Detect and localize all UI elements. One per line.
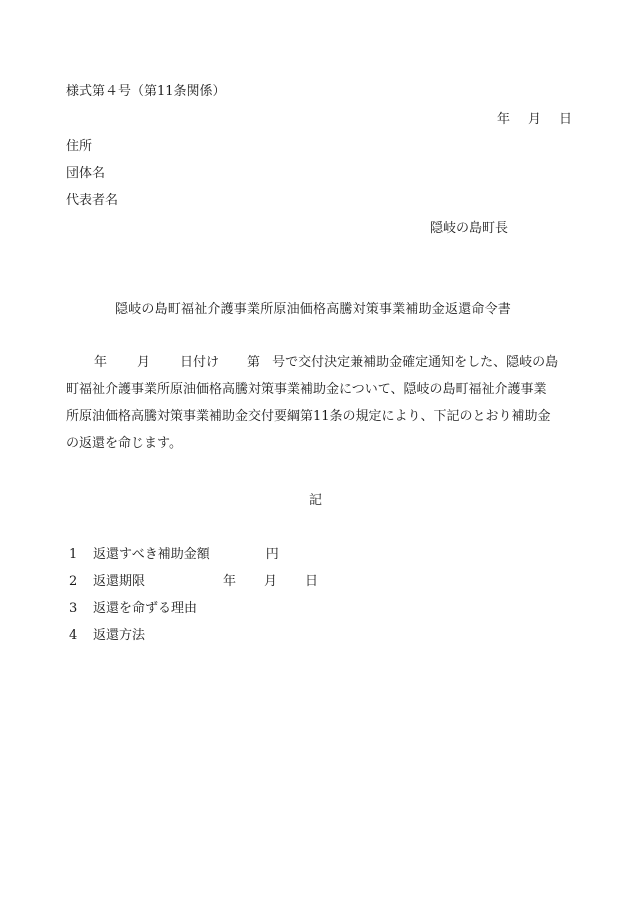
date-month: 月 bbox=[528, 112, 541, 128]
item-label: 返還方法 bbox=[93, 628, 145, 643]
body-line-3: 所原油価格高騰対策事業補助金交付要綱第11条の規定により、下記のとおり補助金 bbox=[66, 409, 566, 436]
sender-name: 隠岐の島町長 bbox=[430, 221, 508, 237]
item-year: 年 bbox=[223, 574, 236, 589]
list-item: 4返還方法 bbox=[69, 628, 145, 644]
form-number: 様式第４号（第11条関係） bbox=[66, 84, 226, 100]
body-paragraph: 年月日付け第号で交付決定兼補助金確定通知をした、隠岐の島 町福祉介護事業所原油価… bbox=[66, 355, 566, 463]
item-number: 2 bbox=[69, 574, 93, 590]
item-number: 4 bbox=[69, 628, 93, 644]
item-number: 3 bbox=[69, 601, 93, 617]
document-title: 隠岐の島町福祉介護事業所原油価格高騰対策事業補助金返還命令書 bbox=[115, 302, 511, 318]
body-line-4: の返還を命じます。 bbox=[66, 436, 566, 463]
date-year: 年 bbox=[497, 112, 510, 128]
body-line-2: 町福祉介護事業所原油価格高騰対策事業補助金について、隠岐の島町福祉介護事業 bbox=[66, 382, 566, 409]
body-year: 年 bbox=[94, 355, 107, 370]
body-line1-rest: 号で交付決定兼補助金確定通知をした、隠岐の島 bbox=[272, 355, 558, 370]
list-item: 2返還期限年月日 bbox=[69, 574, 318, 590]
item-label: 返還期限 bbox=[93, 574, 145, 589]
list-item: 3返還を命ずる理由 bbox=[69, 601, 197, 617]
body-month: 月 bbox=[137, 355, 150, 370]
body-dai: 第 bbox=[247, 355, 260, 370]
list-item: 1返還すべき補助金額円 bbox=[69, 547, 279, 563]
item-number: 1 bbox=[69, 547, 93, 563]
item-month: 月 bbox=[264, 574, 277, 589]
item-label: 返還すべき補助金額 bbox=[93, 547, 210, 562]
body-line-1: 年月日付け第号で交付決定兼補助金確定通知をした、隠岐の島 bbox=[66, 355, 566, 382]
representative-label: 代表者名 bbox=[66, 193, 118, 209]
organization-label: 団体名 bbox=[66, 166, 105, 182]
issue-date: 年月日 bbox=[497, 112, 572, 128]
item-day: 日 bbox=[305, 574, 318, 589]
item-label: 返還を命ずる理由 bbox=[93, 601, 197, 616]
ki-heading: 記 bbox=[309, 493, 322, 509]
date-day: 日 bbox=[559, 112, 572, 128]
item-value-suffix: 円 bbox=[266, 547, 279, 562]
address-label: 住所 bbox=[66, 139, 92, 155]
body-day-suffix: 日付け bbox=[180, 355, 219, 370]
